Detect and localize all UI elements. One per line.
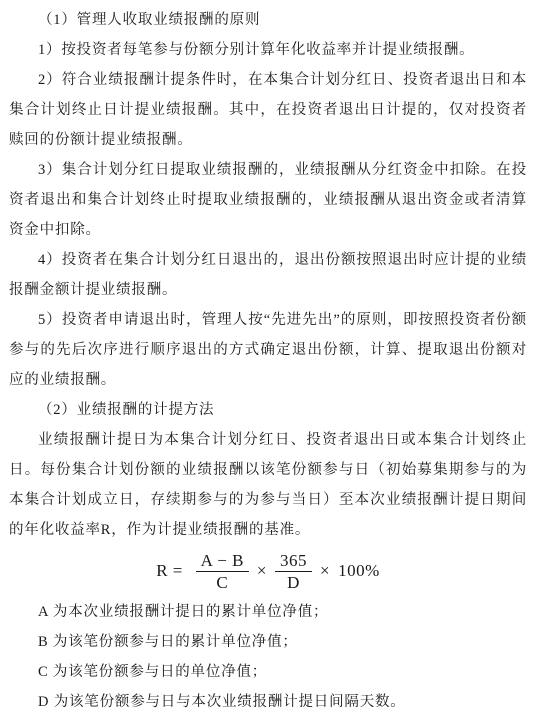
multiply-sign-1: × (257, 561, 267, 581)
fraction-2-numerator: 365 (275, 551, 312, 571)
method-intro-paragraph: 业绩报酬计提日为本集合计划分红日、投资者退出日或本集合计划终止日。每份集合计划份… (9, 425, 527, 545)
annualized-return-formula: R = A − B C × 365 D × 100% (9, 545, 527, 597)
principle-paragraph-5: 5）投资者申请退出时，管理人按“先进先出”的原则，即按照投资者份额参与的先后次序… (9, 305, 527, 395)
multiply-sign-2: × (320, 561, 330, 581)
formula-tail: 100% (338, 561, 380, 581)
definition-d: D 为该笔份额参与日与本次业绩报酬计提日间隔天数。 (9, 687, 527, 713)
definition-b: B 为该笔份额参与日的累计单位净值； (9, 627, 527, 657)
principle-paragraph-2: 2）符合业绩报酬计提条件时，在本集合计划分红日、投资者退出日和本集合计划终止日计… (9, 65, 527, 155)
section-1-title: （1）管理人收取业绩报酬的原则 (9, 5, 527, 35)
document-page: （1）管理人收取业绩报酬的原则 1）按投资者每笔参与份额分别计算年化收益率并计提… (0, 0, 536, 713)
definition-c: C 为该笔份额参与日的单位净值； (9, 657, 527, 687)
formula-lhs: R = (156, 561, 187, 581)
section-2-title: （2）业绩报酬的计提方法 (9, 395, 527, 425)
formula-fraction-1: A − B C (196, 551, 249, 592)
fraction-1-numerator: A − B (196, 551, 249, 571)
fraction-2-denominator: D (275, 571, 312, 592)
principle-paragraph-1: 1）按投资者每笔参与份额分别计算年化收益率并计提业绩报酬。 (9, 35, 527, 65)
definition-a: A 为本次业绩报酬计提日的累计单位净值； (9, 597, 527, 627)
principle-paragraph-4: 4）投资者在集合计划分红日退出的，退出份额按照退出时应计提的业绩报酬金额计提业绩… (9, 245, 527, 305)
principle-paragraph-3: 3）集合计划分红日提取业绩报酬的，业绩报酬从分红资金中扣除。在投资者退出和集合计… (9, 155, 527, 245)
fraction-1-denominator: C (196, 571, 249, 592)
formula-fraction-2: 365 D (275, 551, 312, 592)
